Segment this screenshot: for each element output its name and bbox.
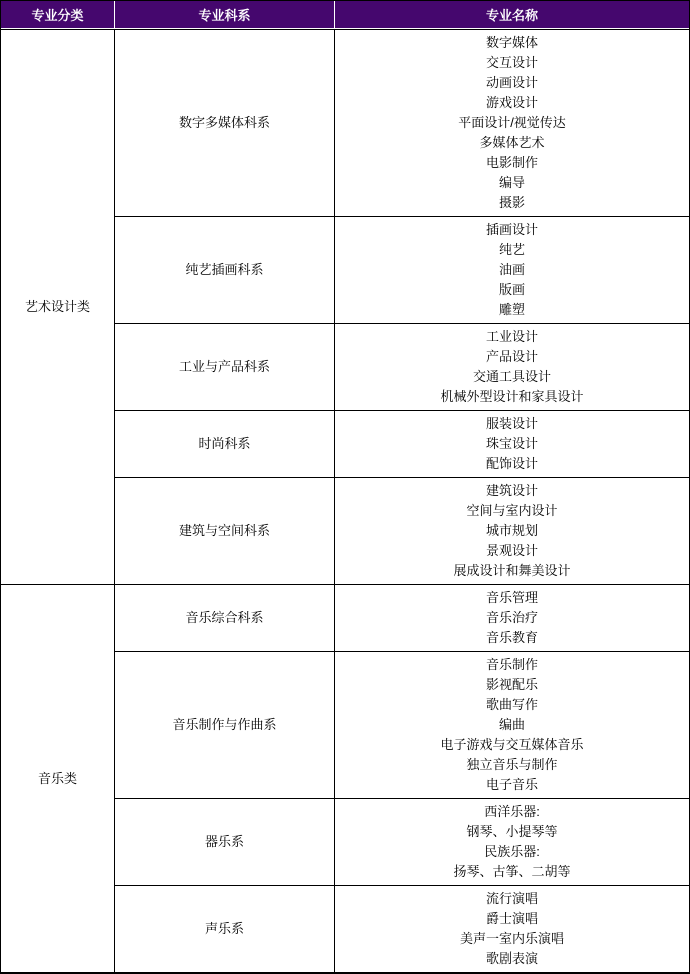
table-header-row: 专业分类 专业科系 专业名称 — [1, 1, 689, 29]
table-row: 音乐类音乐综合科系音乐管理音乐治疗音乐教育 — [1, 584, 689, 651]
major-line: 扬琴、古筝、二胡等 — [339, 862, 685, 882]
major-line: 机械外型设计和家具设计 — [339, 387, 685, 407]
department-cell: 器乐系 — [114, 798, 334, 885]
majors-cell: 西洋乐器:钢琴、小提琴等民族乐器:扬琴、古筝、二胡等 — [334, 798, 689, 885]
major-line: 数字媒体 — [339, 33, 685, 53]
department-cell: 纯艺插画科系 — [114, 216, 334, 323]
table-body: 艺术设计类数字多媒体科系数字媒体交互设计动画设计游戏设计平面设计/视觉传达多媒体… — [1, 29, 689, 972]
major-line: 歌剧表演 — [339, 949, 685, 969]
majors-cell: 数字媒体交互设计动画设计游戏设计平面设计/视觉传达多媒体艺术电影制作编导摄影 — [334, 29, 689, 216]
major-line: 音乐教育 — [339, 628, 685, 648]
department-cell: 声乐系 — [114, 885, 334, 972]
major-line: 多媒体艺术 — [339, 133, 685, 153]
major-line: 版画 — [339, 280, 685, 300]
major-line: 独立音乐与制作 — [339, 755, 685, 775]
category-cell: 艺术设计类 — [1, 29, 114, 584]
majors-cell: 建筑设计空间与室内设计城市规划景观设计展成设计和舞美设计 — [334, 477, 689, 584]
major-line: 美声一室内乐演唱 — [339, 929, 685, 949]
major-line: 动画设计 — [339, 73, 685, 93]
header-cell-major-name: 专业名称 — [334, 1, 689, 29]
major-line: 歌曲写作 — [339, 695, 685, 715]
major-line: 珠宝设计 — [339, 434, 685, 454]
department-cell: 数字多媒体科系 — [114, 29, 334, 216]
major-line: 摄影 — [339, 193, 685, 213]
major-line: 西洋乐器: — [339, 802, 685, 822]
department-cell: 音乐制作与作曲系 — [114, 651, 334, 798]
major-line: 空间与室内设计 — [339, 501, 685, 521]
major-line: 影视配乐 — [339, 675, 685, 695]
header-cell-category: 专业分类 — [1, 1, 114, 29]
major-line: 雕塑 — [339, 300, 685, 320]
category-cell: 音乐类 — [1, 584, 114, 972]
major-line: 建筑设计 — [339, 481, 685, 501]
majors-cell: 音乐制作影视配乐歌曲写作编曲电子游戏与交互媒体音乐独立音乐与制作电子音乐 — [334, 651, 689, 798]
major-line: 平面设计/视觉传达 — [339, 113, 685, 133]
majors-table: 专业分类 专业科系 专业名称 艺术设计类数字多媒体科系数字媒体交互设计动画设计游… — [0, 0, 690, 974]
table-row: 艺术设计类数字多媒体科系数字媒体交互设计动画设计游戏设计平面设计/视觉传达多媒体… — [1, 29, 689, 216]
department-cell: 时尚科系 — [114, 410, 334, 477]
header-cell-department: 专业科系 — [114, 1, 334, 29]
major-line: 爵士演唱 — [339, 909, 685, 929]
major-line: 电影制作 — [339, 153, 685, 173]
majors-table-container: 专业分类 专业科系 专业名称 艺术设计类数字多媒体科系数字媒体交互设计动画设计游… — [0, 0, 690, 974]
major-line: 游戏设计 — [339, 93, 685, 113]
major-line: 展成设计和舞美设计 — [339, 561, 685, 581]
major-line: 配饰设计 — [339, 454, 685, 474]
major-line: 交互设计 — [339, 53, 685, 73]
majors-cell: 服装设计珠宝设计配饰设计 — [334, 410, 689, 477]
major-line: 纯艺 — [339, 240, 685, 260]
major-line: 产品设计 — [339, 347, 685, 367]
major-line: 编导 — [339, 173, 685, 193]
majors-cell: 工业设计产品设计交通工具设计机械外型设计和家具设计 — [334, 323, 689, 410]
majors-cell: 流行演唱爵士演唱美声一室内乐演唱歌剧表演 — [334, 885, 689, 972]
majors-cell: 音乐管理音乐治疗音乐教育 — [334, 584, 689, 651]
department-cell: 建筑与空间科系 — [114, 477, 334, 584]
major-line: 交通工具设计 — [339, 367, 685, 387]
major-line: 电子游戏与交互媒体音乐 — [339, 735, 685, 755]
major-line: 音乐管理 — [339, 588, 685, 608]
department-cell: 工业与产品科系 — [114, 323, 334, 410]
major-line: 服装设计 — [339, 414, 685, 434]
major-line: 音乐治疗 — [339, 608, 685, 628]
department-cell: 音乐综合科系 — [114, 584, 334, 651]
major-line: 城市规划 — [339, 521, 685, 541]
major-line: 编曲 — [339, 715, 685, 735]
major-line: 工业设计 — [339, 327, 685, 347]
major-line: 音乐制作 — [339, 655, 685, 675]
major-line: 民族乐器: — [339, 842, 685, 862]
major-line: 流行演唱 — [339, 889, 685, 909]
major-line: 插画设计 — [339, 220, 685, 240]
major-line: 景观设计 — [339, 541, 685, 561]
major-line: 油画 — [339, 260, 685, 280]
major-line: 钢琴、小提琴等 — [339, 822, 685, 842]
major-line: 电子音乐 — [339, 775, 685, 795]
majors-cell: 插画设计纯艺油画版画雕塑 — [334, 216, 689, 323]
